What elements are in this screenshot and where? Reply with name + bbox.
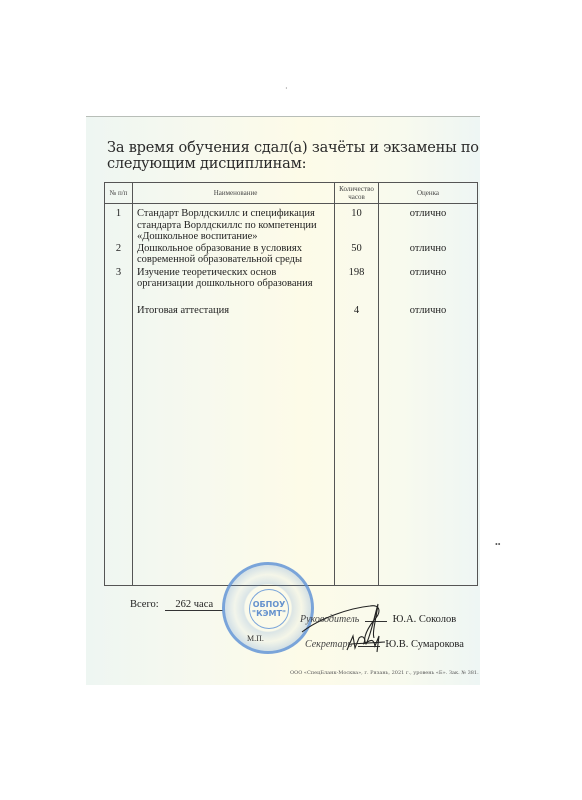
table-row: Итоговая аттестация 4 отлично bbox=[105, 305, 478, 586]
scan-speck: •• bbox=[495, 540, 501, 549]
table-row: 3 Изучение теоретических основ организац… bbox=[105, 267, 478, 305]
row-hours: 4 bbox=[335, 305, 379, 586]
row-grade: отлично bbox=[379, 204, 478, 243]
total-label: Всего: bbox=[130, 599, 159, 610]
row-number: 1 bbox=[105, 204, 133, 243]
page-heading: За время обучения сдал(а) зачёты и экзам… bbox=[107, 140, 487, 172]
header-grade: Оценка bbox=[379, 183, 478, 204]
header-number: № п/п bbox=[105, 183, 133, 204]
total-hours: Всего: 262 часа bbox=[130, 599, 223, 611]
row-number: 2 bbox=[105, 243, 133, 267]
scan-speck: · bbox=[285, 84, 288, 93]
table-row: 2 Дошкольное образование в условиях совр… bbox=[105, 243, 478, 267]
row-name: Изучение теоретических основ организации… bbox=[133, 267, 335, 305]
table-header-row: № п/п Наименование Количество часов Оцен… bbox=[105, 183, 478, 204]
grades-table: № п/п Наименование Количество часов Оцен… bbox=[104, 182, 478, 586]
secretary-name: Ю.В. Сумарокова bbox=[385, 639, 464, 650]
header-hours: Количество часов bbox=[335, 183, 379, 204]
row-name: Итоговая аттестация bbox=[133, 305, 335, 586]
stamp-line1: ОБПОУ bbox=[253, 600, 286, 609]
row-name: Дошкольное образование в условиях соврем… bbox=[133, 243, 335, 267]
row-number: 3 bbox=[105, 267, 133, 305]
stamp-center: ОБПОУ "КЭМТ" bbox=[249, 589, 289, 629]
printer-footer: ООО «СпецБланк-Москва», г. Рязань, 2021 … bbox=[290, 670, 479, 676]
row-hours: 50 bbox=[335, 243, 379, 267]
secretary-handwritten-signature bbox=[345, 632, 390, 656]
total-value: 262 часа bbox=[165, 599, 223, 611]
row-hours: 10 bbox=[335, 204, 379, 243]
stamp-mp-label: М.П. bbox=[247, 634, 264, 643]
row-number bbox=[105, 305, 133, 586]
row-grade: отлично bbox=[379, 243, 478, 267]
row-name: Стандарт Ворлдскиллс и спецификация стан… bbox=[133, 204, 335, 243]
stamp-line2: "КЭМТ" bbox=[252, 609, 286, 618]
table-row: 1 Стандарт Ворлдскиллс и спецификация ст… bbox=[105, 204, 478, 243]
director-name: Ю.А. Соколов bbox=[393, 614, 457, 625]
header-name: Наименование bbox=[133, 183, 335, 204]
row-grade: отлично bbox=[379, 305, 478, 586]
row-grade: отлично bbox=[379, 267, 478, 305]
row-hours: 198 bbox=[335, 267, 379, 305]
